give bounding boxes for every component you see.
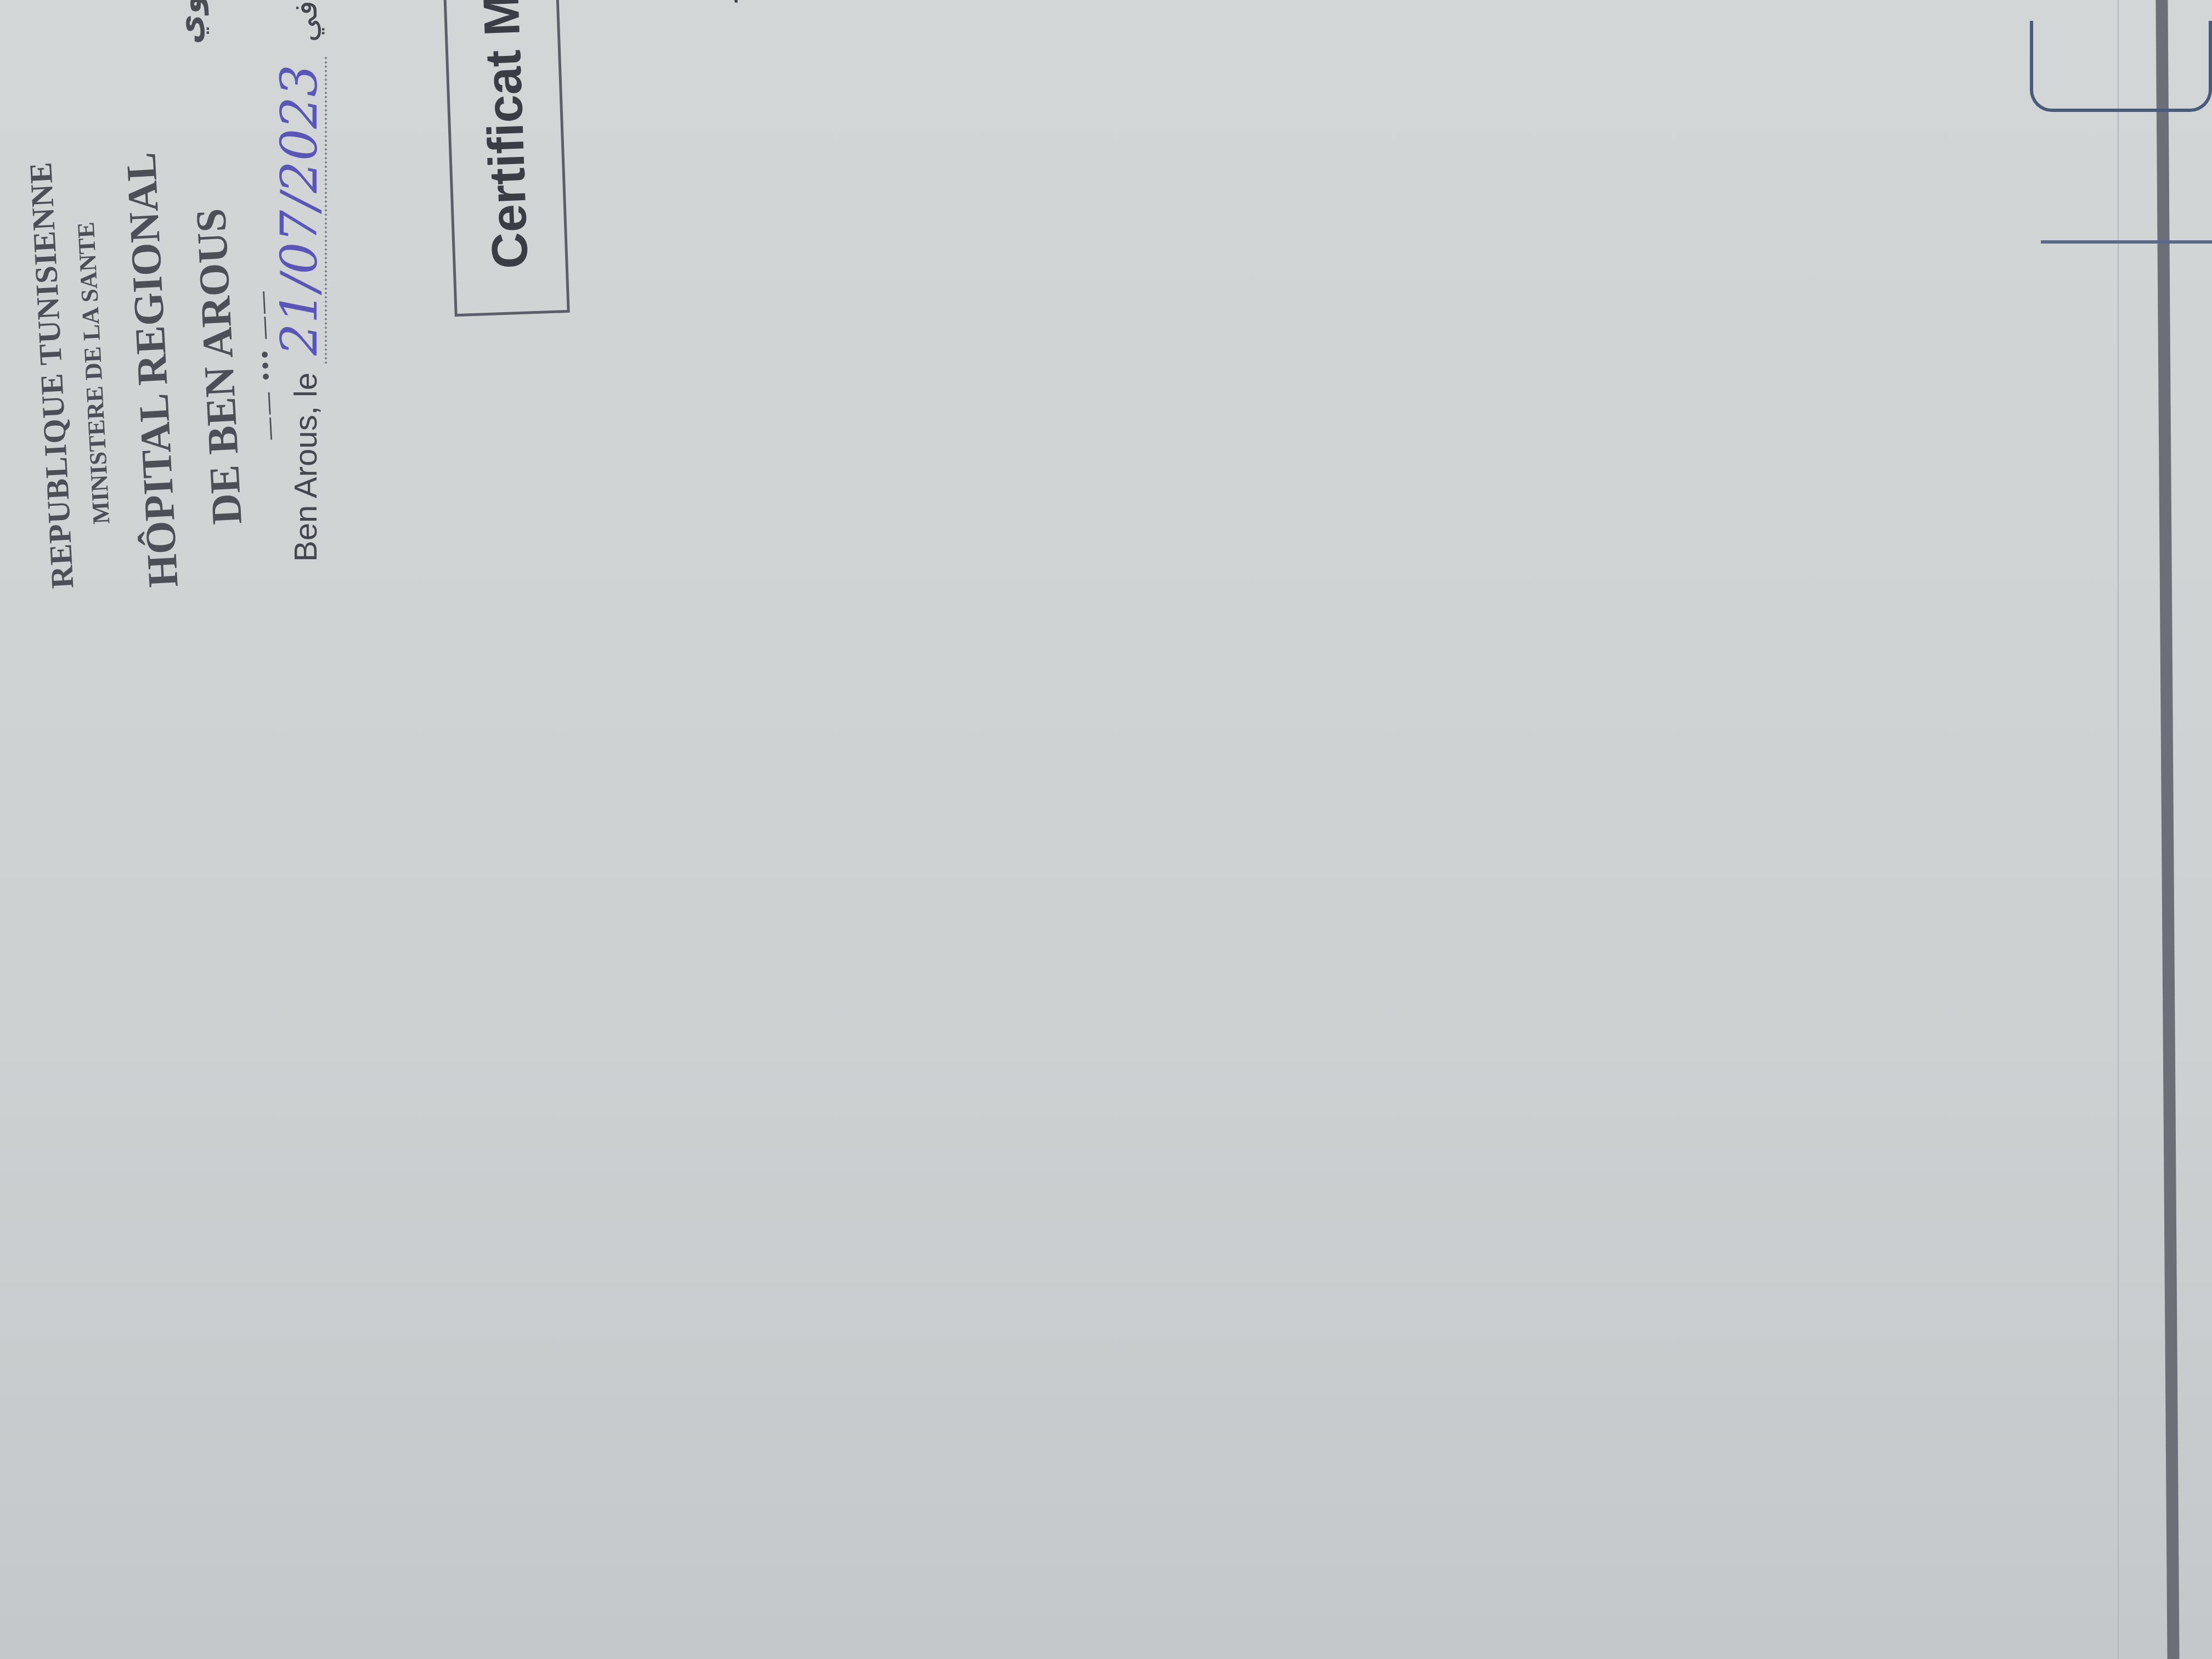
certificate-title: Certificat Médical de Bonne Santé — [423, 0, 569, 317]
certificate-page: REPUBLIQUE TUNISIENNE MINISTERE DE LA SA… — [0, 0, 2212, 1659]
pen-mark-icon — [2030, 21, 2212, 112]
pen-mark-icon — [2041, 163, 2212, 244]
body-text: Je soussigné Dr — [693, 0, 739, 2]
body-line: Je soussigné Dr Sellami Ali , certifie — [636, 0, 734, 2]
hospital-name-line1: HÔPITAL REGIONAL — [112, 40, 192, 700]
date-line: Ben Arous, le 21/07/2023 بن عروس في — [274, 0, 327, 562]
header-french: REPUBLIQUE TUNISIENNE MINISTERE DE LA SA… — [16, 35, 295, 705]
page-edge — [2155, 0, 2179, 1659]
hospital-name-ar-line2: بن عروس — [215, 0, 252, 134]
certificate-body: Je soussigné Dr Sellami Ali , certifie a… — [636, 0, 1188, 2]
date-prefix: Ben Arous, le — [288, 373, 324, 562]
header-arabic: الجمهورية التونسية وزارة الصحة المستشفى … — [77, 0, 294, 134]
date-prefix-ar: بن عروس في — [287, 0, 324, 42]
paper-fold — [2118, 0, 2119, 1659]
date-field[interactable]: 21/07/2023 — [274, 57, 327, 364]
republic-label-ar: الجمهورية التونسية — [77, 0, 105, 134]
ministry-label-ar: وزارة الصحة — [112, 0, 138, 134]
hospital-name-ar-line1: المستشفى الجهوي — [171, 0, 209, 134]
body-text: avoir examiné ce jour Mr (Mme) — [746, 0, 798, 1]
